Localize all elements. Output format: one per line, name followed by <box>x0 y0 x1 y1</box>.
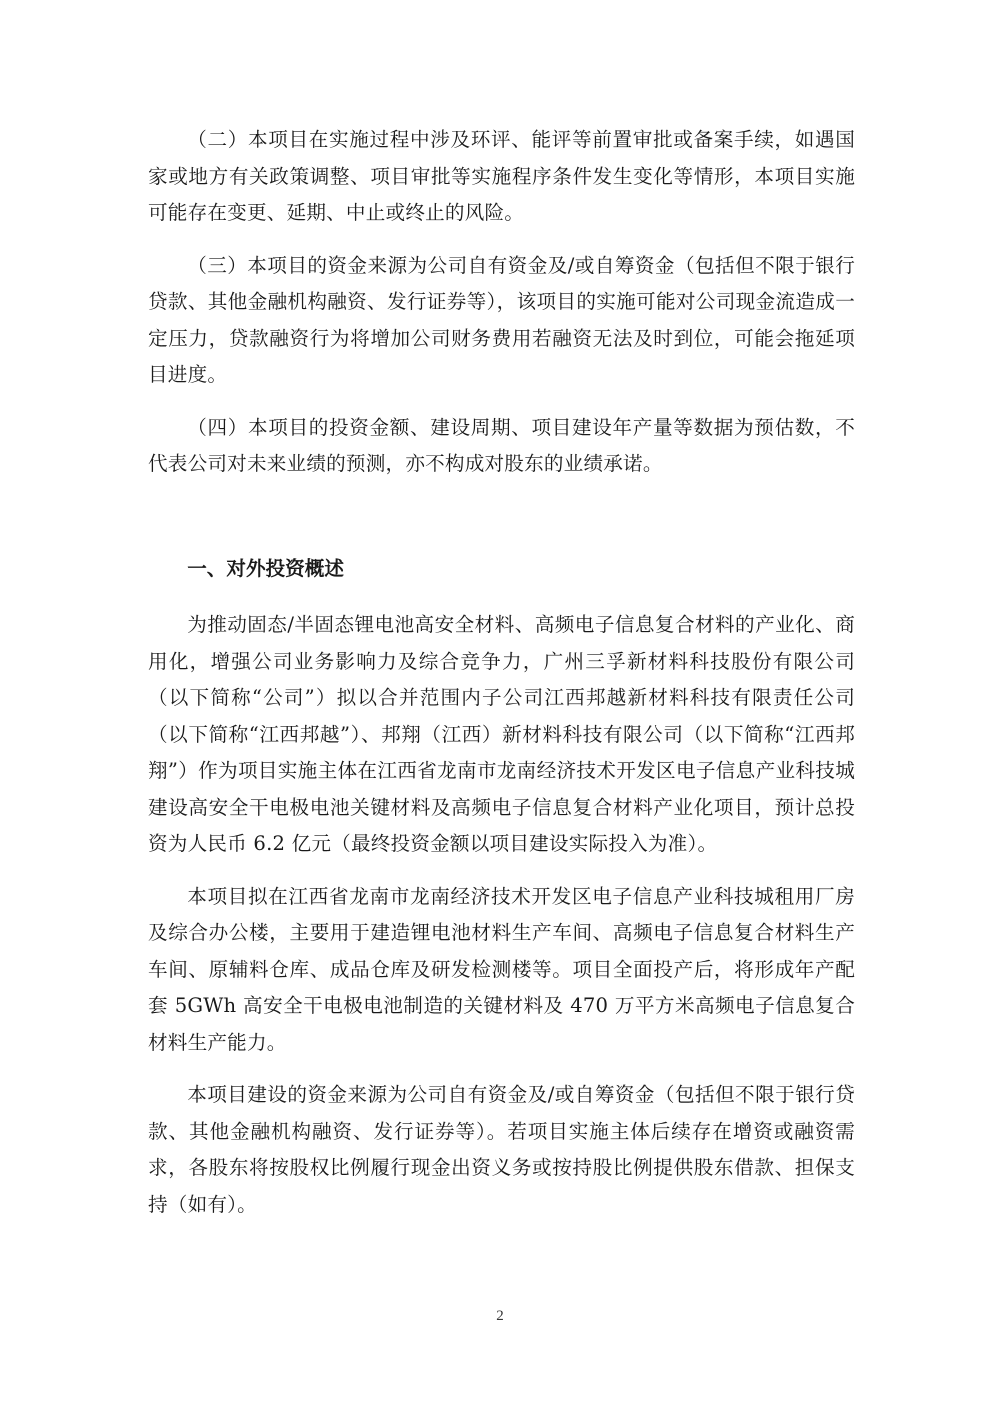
page-number: 2 <box>0 1308 1000 1325</box>
risk-paragraph-2: （二）本项目在实施过程中涉及环评、能评等前置审批或备案手续，如遇国家或地方有关政… <box>148 122 855 232</box>
section-heading: 一、对外投资概述 <box>148 551 855 588</box>
risk-paragraph-3: （三）本项目的资金来源为公司自有资金及/或自筹资金（包括但不限于银行贷款、其他金… <box>148 248 855 394</box>
overview-paragraph-1: 为推动固态/半固态锂电池高安全材料、高频电子信息复合材料的产业化、商用化，增强公… <box>148 607 855 863</box>
section-heading-wrap: 一、对外投资概述 <box>148 551 855 588</box>
page-content: （二）本项目在实施过程中涉及环评、能评等前置审批或备案手续，如遇国家或地方有关政… <box>148 122 855 1223</box>
document-page: （二）本项目在实施过程中涉及环评、能评等前置审批或备案手续，如遇国家或地方有关政… <box>0 0 1000 1414</box>
overview-paragraph-2: 本项目拟在江西省龙南市龙南经济技术开发区电子信息产业科技城租用厂房及综合办公楼，… <box>148 879 855 1062</box>
overview-paragraph-3: 本项目建设的资金来源为公司自有资金及/或自筹资金（包括但不限于银行贷款、其他金融… <box>148 1077 855 1223</box>
risk-paragraph-4: （四）本项目的投资金额、建设周期、项目建设年产量等数据为预估数，不代表公司对未来… <box>148 410 855 483</box>
